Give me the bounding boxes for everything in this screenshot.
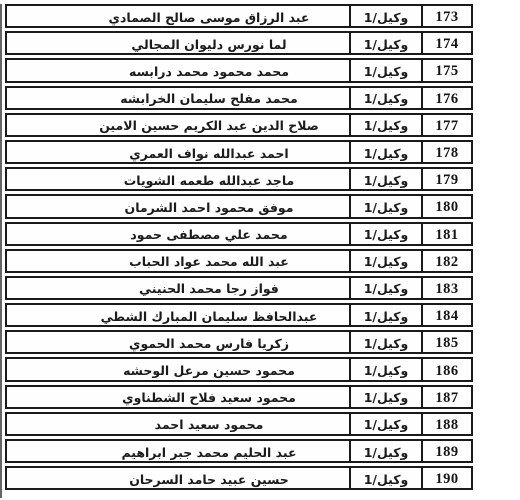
rank-cell: وكيل/1 xyxy=(351,330,423,354)
table-row: عبدالحافظ سليمان المبارك الشطي وكيل/1 18… xyxy=(5,303,473,327)
person-name: محمود سعيد احمد xyxy=(155,417,264,432)
name-cell: محمد علي مصطفى حمود xyxy=(5,222,351,246)
rank-value: وكيل/1 xyxy=(364,173,409,188)
sequence-number-cell: 178 xyxy=(423,140,473,164)
table-row: عبد الحليم محمد جبر ابراهيم وكيل/1 189 xyxy=(5,439,473,463)
rank-cell: وكيل/1 xyxy=(351,113,423,137)
table-row: موفق محمود احمد الشرمان وكيل/1 180 xyxy=(5,194,473,218)
rank-cell: وكيل/1 xyxy=(351,194,423,218)
sequence-number: 181 xyxy=(435,227,458,243)
name-cell: فواز رجا محمد الحنيني xyxy=(5,276,351,300)
name-cell: محمود سعيد احمد xyxy=(5,412,351,436)
sequence-number: 176 xyxy=(435,91,458,107)
table-row: زكريا فارس محمد الحموي وكيل/1 185 xyxy=(5,330,473,354)
table-row: عبد الرزاق موسى صالح الصمادي وكيل/1 173 xyxy=(5,4,473,28)
rank-value: وكيل/1 xyxy=(364,227,409,242)
sequence-number-cell: 175 xyxy=(423,58,473,82)
name-cell: عبد الرزاق موسى صالح الصمادي xyxy=(5,4,351,28)
sequence-number-cell: 177 xyxy=(423,113,473,137)
sequence-number-cell: 189 xyxy=(423,439,473,463)
rank-cell: وكيل/1 xyxy=(351,167,423,191)
rank-cell: وكيل/1 xyxy=(351,4,423,28)
rank-cell: وكيل/1 xyxy=(351,303,423,327)
person-name: عبد الرزاق موسى صالح الصمادي xyxy=(109,10,310,25)
rank-cell: وكيل/1 xyxy=(351,140,423,164)
table-row: صلاح الدين عبد الكريم حسين الامين وكيل/1… xyxy=(5,113,473,137)
sequence-number-cell: 190 xyxy=(423,466,473,490)
table-row: حسين عبيد حامد السرحان وكيل/1 190 xyxy=(5,466,473,490)
sequence-number: 177 xyxy=(435,118,458,134)
name-cell: محمد مفلح سليمان الخرابشه xyxy=(5,86,351,110)
sequence-number: 175 xyxy=(435,63,458,79)
person-name: لما نورس دليوان المجالي xyxy=(131,37,286,52)
person-name: موفق محمود احمد الشرمان xyxy=(125,200,294,215)
person-name: احمد عبدالله نواف العمري xyxy=(129,146,288,161)
person-name: حسين عبيد حامد السرحان xyxy=(129,472,289,487)
rank-value: وكيل/1 xyxy=(364,254,409,269)
sequence-number: 174 xyxy=(435,36,458,52)
name-cell: لما نورس دليوان المجالي xyxy=(5,31,351,55)
person-name: محمود حسين مرعل الوحشه xyxy=(123,363,295,378)
table-row: محمود حسين مرعل الوحشه وكيل/1 186 xyxy=(5,357,473,381)
rank-value: وكيل/1 xyxy=(364,445,409,460)
rank-value: وكيل/1 xyxy=(364,309,409,324)
name-cell: محمد محمود محمد درابسه xyxy=(5,58,351,82)
rank-value: وكيل/1 xyxy=(364,10,409,25)
roster-table-body: عبد الرزاق موسى صالح الصمادي وكيل/1 173 … xyxy=(5,4,473,490)
rank-cell: وكيل/1 xyxy=(351,249,423,273)
table-row: احمد عبدالله نواف العمري وكيل/1 178 xyxy=(5,140,473,164)
name-cell: محمود سعيد فلاح الشطناوي xyxy=(5,385,351,409)
table-row: ماجد عبدالله طعمه الشويات وكيل/1 179 xyxy=(5,167,473,191)
person-name: عبدالحافظ سليمان المبارك الشطي xyxy=(101,309,318,324)
rank-cell: وكيل/1 xyxy=(351,58,423,82)
rank-cell: وكيل/1 xyxy=(351,385,423,409)
sequence-number-cell: 174 xyxy=(423,31,473,55)
rank-value: وكيل/1 xyxy=(364,146,409,161)
table-row: عبد الله محمد عواد الحباب وكيل/1 182 xyxy=(5,249,473,273)
person-name: عبد الله محمد عواد الحباب xyxy=(129,254,289,269)
rank-value: وكيل/1 xyxy=(364,417,409,432)
rank-cell: وكيل/1 xyxy=(351,31,423,55)
rank-value: وكيل/1 xyxy=(364,37,409,52)
sequence-number: 173 xyxy=(435,9,458,25)
rank-cell: وكيل/1 xyxy=(351,412,423,436)
rank-cell: وكيل/1 xyxy=(351,86,423,110)
sequence-number: 188 xyxy=(435,417,458,433)
sequence-number: 187 xyxy=(435,390,458,406)
rank-cell: وكيل/1 xyxy=(351,357,423,381)
sequence-number-cell: 183 xyxy=(423,276,473,300)
sequence-number: 185 xyxy=(435,335,458,351)
name-cell: عبد الحليم محمد جبر ابراهيم xyxy=(5,439,351,463)
personnel-roster-table: عبد الرزاق موسى صالح الصمادي وكيل/1 173 … xyxy=(5,1,473,493)
name-cell: محمود حسين مرعل الوحشه xyxy=(5,357,351,381)
sequence-number-cell: 176 xyxy=(423,86,473,110)
sequence-number-cell: 188 xyxy=(423,412,473,436)
person-name: ماجد عبدالله طعمه الشويات xyxy=(124,173,295,188)
sequence-number-cell: 184 xyxy=(423,303,473,327)
rank-cell: وكيل/1 xyxy=(351,439,423,463)
person-name: محمد علي مصطفى حمود xyxy=(130,227,287,242)
sequence-number-cell: 173 xyxy=(423,4,473,28)
person-name: صلاح الدين عبد الكريم حسين الامين xyxy=(99,118,319,133)
sequence-number-cell: 180 xyxy=(423,194,473,218)
rank-cell: وكيل/1 xyxy=(351,276,423,300)
sequence-number-cell: 182 xyxy=(423,249,473,273)
person-name: محمد مفلح سليمان الخرابشه xyxy=(120,91,298,106)
sequence-number-cell: 186 xyxy=(423,357,473,381)
sequence-number: 190 xyxy=(435,471,458,487)
scan-edge-artifact xyxy=(0,4,2,498)
rank-value: وكيل/1 xyxy=(364,472,409,487)
sequence-number: 178 xyxy=(435,145,458,161)
sequence-number: 182 xyxy=(435,254,458,270)
rank-value: وكيل/1 xyxy=(364,281,409,296)
sequence-number: 183 xyxy=(435,281,458,297)
name-cell: عبد الله محمد عواد الحباب xyxy=(5,249,351,273)
sequence-number: 189 xyxy=(435,444,458,460)
sequence-number: 179 xyxy=(435,172,458,188)
name-cell: موفق محمود احمد الشرمان xyxy=(5,194,351,218)
person-name: محمود سعيد فلاح الشطناوي xyxy=(122,390,296,405)
sequence-number-cell: 179 xyxy=(423,167,473,191)
rank-cell: وكيل/1 xyxy=(351,222,423,246)
sequence-number-cell: 185 xyxy=(423,330,473,354)
table-row: فواز رجا محمد الحنيني وكيل/1 183 xyxy=(5,276,473,300)
name-cell: ماجد عبدالله طعمه الشويات xyxy=(5,167,351,191)
person-name: فواز رجا محمد الحنيني xyxy=(139,281,279,296)
rank-value: وكيل/1 xyxy=(364,118,409,133)
table-row: محمود سعيد فلاح الشطناوي وكيل/1 187 xyxy=(5,385,473,409)
rank-value: وكيل/1 xyxy=(364,390,409,405)
rank-cell: وكيل/1 xyxy=(351,466,423,490)
table-row: محمد مفلح سليمان الخرابشه وكيل/1 176 xyxy=(5,86,473,110)
sequence-number: 184 xyxy=(435,308,458,324)
rank-value: وكيل/1 xyxy=(364,64,409,79)
rank-value: وكيل/1 xyxy=(364,336,409,351)
table-row: لما نورس دليوان المجالي وكيل/1 174 xyxy=(5,31,473,55)
sequence-number-cell: 187 xyxy=(423,385,473,409)
sequence-number-cell: 181 xyxy=(423,222,473,246)
sequence-number: 186 xyxy=(435,363,458,379)
name-cell: احمد عبدالله نواف العمري xyxy=(5,140,351,164)
name-cell: حسين عبيد حامد السرحان xyxy=(5,466,351,490)
sequence-number: 180 xyxy=(435,199,458,215)
person-name: عبد الحليم محمد جبر ابراهيم xyxy=(121,445,296,460)
rank-value: وكيل/1 xyxy=(364,363,409,378)
table-row: محمود سعيد احمد وكيل/1 188 xyxy=(5,412,473,436)
person-name: زكريا فارس محمد الحموي xyxy=(129,336,289,351)
table-row: محمد محمود محمد درابسه وكيل/1 175 xyxy=(5,58,473,82)
name-cell: عبدالحافظ سليمان المبارك الشطي xyxy=(5,303,351,327)
name-cell: صلاح الدين عبد الكريم حسين الامين xyxy=(5,113,351,137)
name-cell: زكريا فارس محمد الحموي xyxy=(5,330,351,354)
rank-value: وكيل/1 xyxy=(364,91,409,106)
person-name: محمد محمود محمد درابسه xyxy=(129,64,289,79)
table-row: محمد علي مصطفى حمود وكيل/1 181 xyxy=(5,222,473,246)
rank-value: وكيل/1 xyxy=(364,200,409,215)
